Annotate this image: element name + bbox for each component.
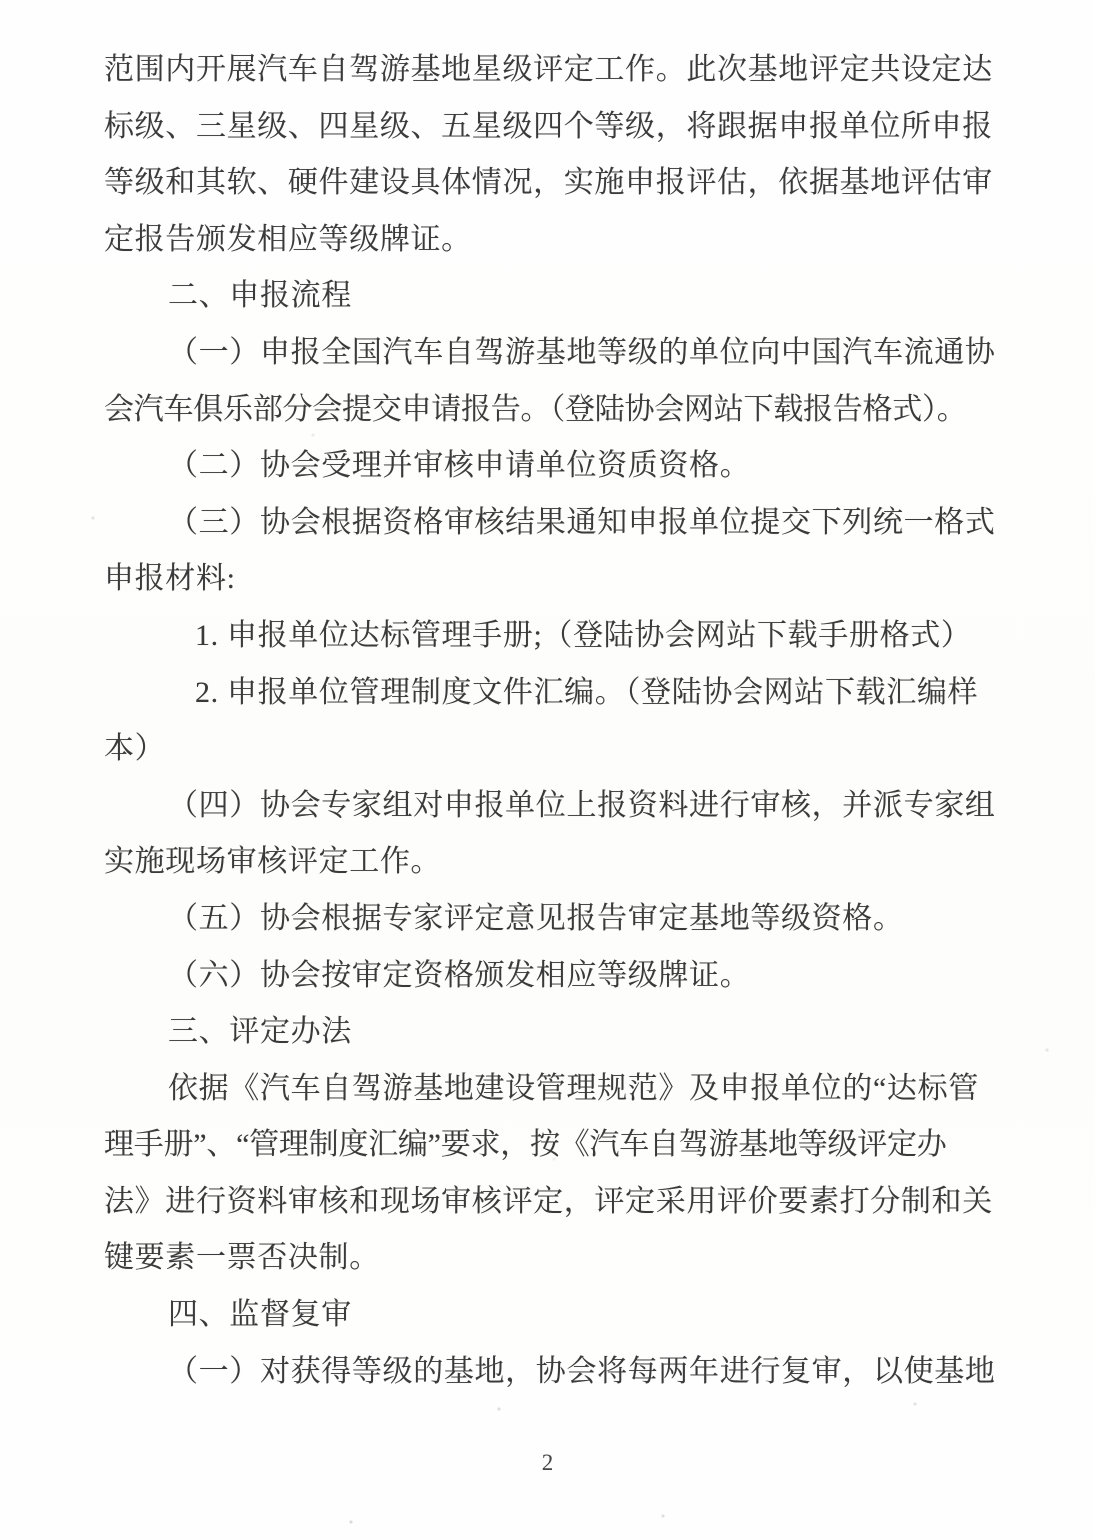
page-number: 2 xyxy=(0,1446,1095,1480)
text-line: 范围内开展汽车自驾游基地星级评定工作。此次基地评定共设定达 xyxy=(104,42,998,99)
text-line: 2. 申报单位管理制度文件汇编。（登陆协会网站下载汇编样 xyxy=(104,665,998,722)
text-line: 等级和其软、硬件建设具体情况，实施申报评估，依据基地评估审 xyxy=(104,155,998,212)
text-line: 键要素一票否决制。 xyxy=(104,1230,998,1287)
text-line: （二）协会受理并审核申请单位资质资格。 xyxy=(104,438,998,495)
document-page: 范围内开展汽车自驾游基地星级评定工作。此次基地评定共设定达标级、三星级、四星级、… xyxy=(0,0,1095,1540)
document-body: 范围内开展汽车自驾游基地星级评定工作。此次基地评定共设定达标级、三星级、四星级、… xyxy=(104,42,998,1400)
text-line: 1. 申报单位达标管理手册;（登陆协会网站下载手册格式） xyxy=(104,608,998,665)
text-line: 会汽车俱乐部分会提交申请报告。（登陆协会网站下载报告格式）。 xyxy=(104,382,998,439)
text-line: 申报材料: xyxy=(104,551,998,608)
text-line: 三、评定办法 xyxy=(104,1004,998,1061)
text-line: 定报告颁发相应等级牌证。 xyxy=(104,212,998,269)
text-line: （三）协会根据资格审核结果通知申报单位提交下列统一格式 xyxy=(104,495,998,552)
scan-artifacts xyxy=(0,0,2,2)
text-line: （六）协会按审定资格颁发相应等级牌证。 xyxy=(104,948,998,1005)
text-line: 四、监督复审 xyxy=(104,1287,998,1344)
text-line: （五）协会根据专家评定意见报告审定基地等级资格。 xyxy=(104,891,998,948)
text-line: 本） xyxy=(104,721,998,778)
text-line: （一）对获得等级的基地，协会将每两年进行复审，以使基地 xyxy=(104,1344,998,1401)
text-line: （一）申报全国汽车自驾游基地等级的单位向中国汽车流通协 xyxy=(104,325,998,382)
text-line: 法》进行资料审核和现场审核评定，评定采用评价要素打分制和关 xyxy=(104,1174,998,1231)
text-line: 实施现场审核评定工作。 xyxy=(104,834,998,891)
text-line: 二、申报流程 xyxy=(104,268,998,325)
text-line: （四）协会专家组对申报单位上报资料进行审核，并派专家组 xyxy=(104,778,998,835)
text-line: 标级、三星级、四星级、五星级四个等级，将跟据申报单位所申报 xyxy=(104,99,998,156)
text-line: 依据《汽车自驾游基地建设管理规范》及申报单位的“达标管 xyxy=(104,1061,998,1118)
text-line: 理手册”、“管理制度汇编”要求，按《汽车自驾游基地等级评定办 xyxy=(104,1117,998,1174)
